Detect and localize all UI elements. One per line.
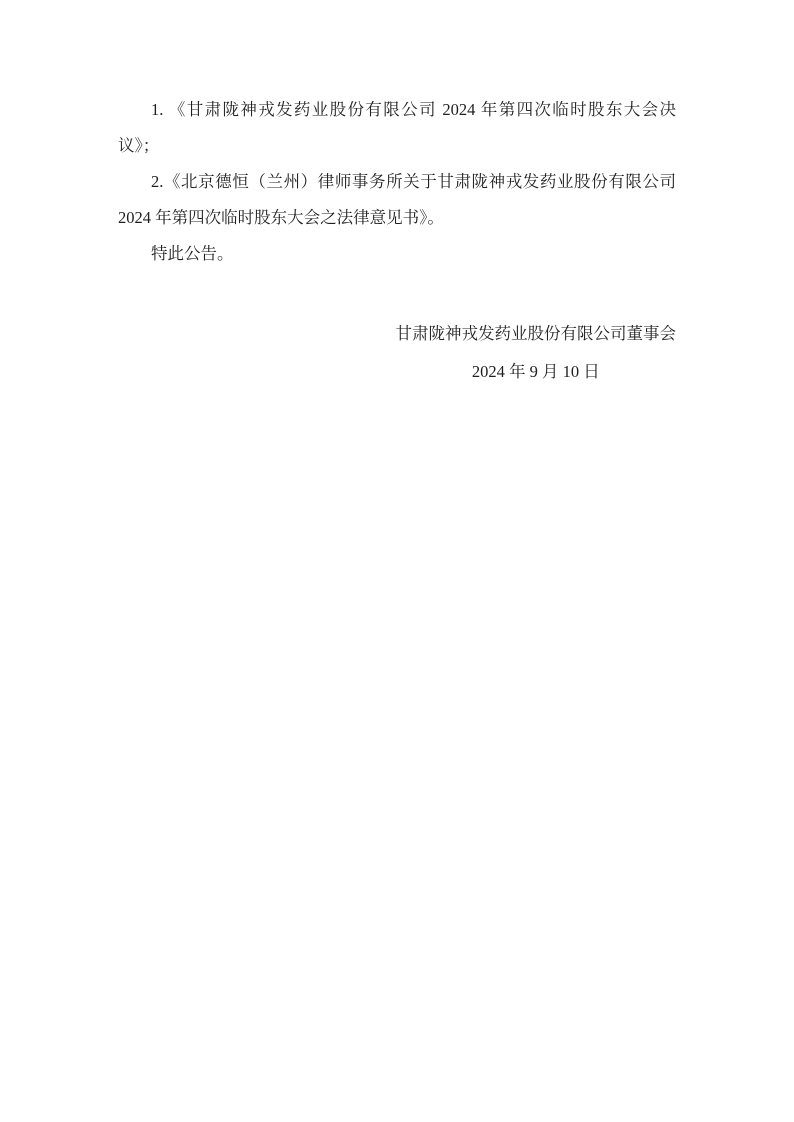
list-item-1: 1. 《甘肃陇神戎发药业股份有限公司 2024 年第四次临时股东大会决议》； [118, 92, 676, 164]
document-content: 1. 《甘肃陇神戎发药业股份有限公司 2024 年第四次临时股东大会决议》； 2… [0, 0, 794, 391]
signature-date: 2024 年 9 月 10 日 [396, 353, 677, 391]
document-page: 1. 《甘肃陇神戎发药业股份有限公司 2024 年第四次临时股东大会决议》； 2… [0, 0, 794, 1122]
closing-statement: 特此公告。 [118, 236, 676, 272]
company-signature: 甘肃陇神戎发药业股份有限公司董事会 [396, 315, 677, 353]
list-item-2: 2.《北京德恒（兰州）律师事务所关于甘肃陇神戎发药业股份有限公司 2024 年第… [118, 164, 676, 236]
signature-block: 甘肃陇神戎发药业股份有限公司董事会 2024 年 9 月 10 日 [396, 315, 677, 391]
